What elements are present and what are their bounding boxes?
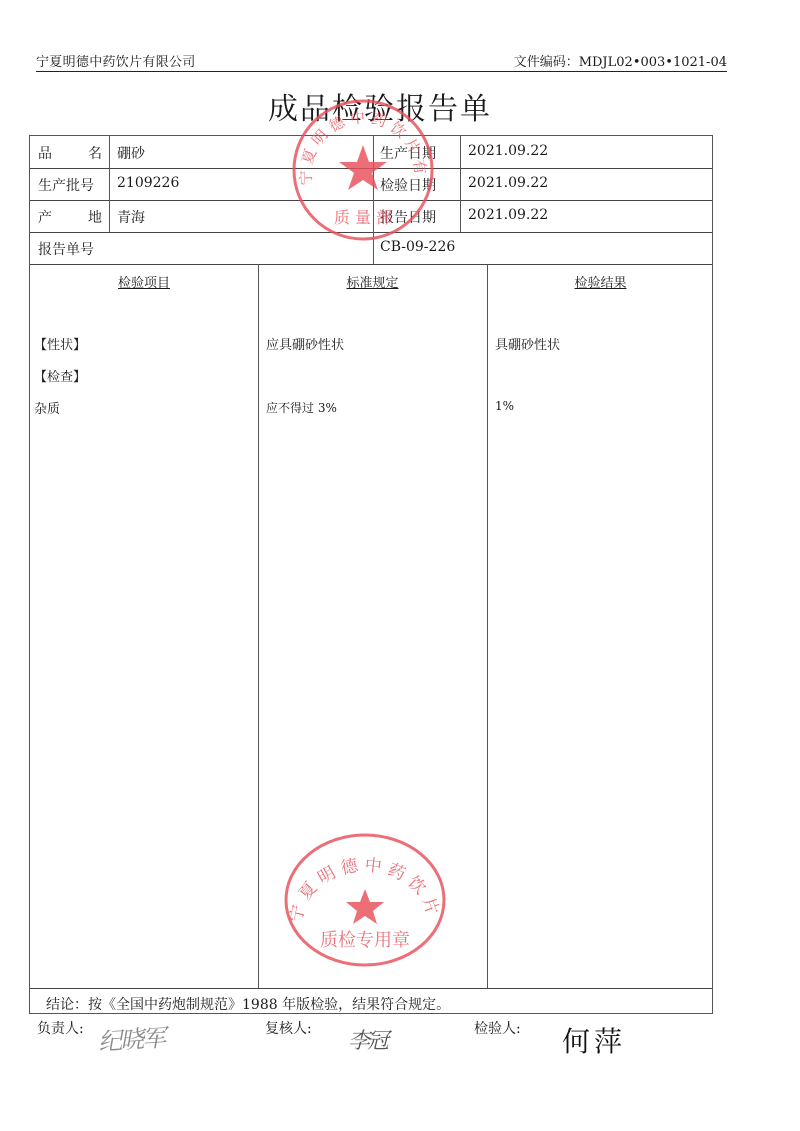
reviewer-label: 复核人: — [265, 1018, 312, 1038]
responsible-label: 负责人: — [37, 1018, 84, 1038]
stamp-center-text: 质 量 部 — [334, 208, 392, 227]
label-char: 产 — [38, 207, 52, 227]
col-divider — [109, 136, 110, 232]
qc-special-stamp: 宁 夏 明 德 中 药 饮 片 有 限 公 司 质检专用章 — [282, 831, 448, 969]
row-standard: 应具硼砂性状 — [266, 334, 344, 353]
inspector-label: 检验人: — [474, 1018, 521, 1038]
quality-dept-stamp: 宁 夏 明 德 中 药 饮 片 有 限 公 司 质 量 部 — [290, 97, 436, 243]
stamp-center-text: 质检专用章 — [320, 930, 410, 951]
file-code: 文件编码：MDJL02•003•1021-04 — [514, 51, 727, 70]
row-item: 【性状】 — [34, 334, 86, 353]
product-name-label: 品名 — [38, 143, 102, 163]
conclusion: 结论：按《全国中药炮制规范》1988 年版检验，结果符合规定。 — [46, 994, 450, 1014]
row-divider — [30, 988, 712, 989]
company-name: 宁夏明德中药饮片有限公司 — [36, 51, 196, 70]
row-item: 杂质 — [34, 398, 60, 417]
responsible-signature: 纪晓军 — [97, 1018, 165, 1058]
inspection-date-value: 2021.09.22 — [468, 175, 548, 191]
batch-value: 2109226 — [117, 175, 179, 191]
star-icon — [339, 145, 387, 190]
column-header-item: 检验项目 — [30, 272, 258, 291]
batch-label: 生产批号 — [38, 175, 94, 195]
column-header-standard: 标准规定 — [258, 272, 487, 291]
origin-label: 产地 — [38, 207, 102, 227]
row-item: 【检查】 — [34, 366, 86, 385]
star-icon — [346, 889, 384, 924]
row-result: 1% — [495, 399, 514, 413]
col-divider — [487, 264, 488, 988]
label-char: 地 — [88, 207, 102, 227]
row-divider — [30, 264, 712, 265]
col-divider — [258, 264, 259, 988]
product-name-value: 硼砂 — [117, 143, 145, 163]
inspector-signature: 何萍 — [562, 1020, 626, 1060]
column-header-result: 检验结果 — [487, 272, 714, 291]
reviewer-signature: 李冠 — [348, 1024, 386, 1055]
col-divider — [460, 136, 461, 232]
report-no-label: 报告单号 — [38, 239, 94, 259]
row-result: 具硼砂性状 — [495, 334, 560, 353]
header-divider — [36, 71, 727, 72]
report-date-value: 2021.09.22 — [468, 207, 548, 223]
label-char: 品 — [38, 143, 52, 163]
label-char: 名 — [88, 143, 102, 163]
production-date-value: 2021.09.22 — [468, 143, 548, 159]
row-standard: 应不得过 3% — [266, 399, 337, 416]
origin-value: 青海 — [117, 207, 145, 227]
